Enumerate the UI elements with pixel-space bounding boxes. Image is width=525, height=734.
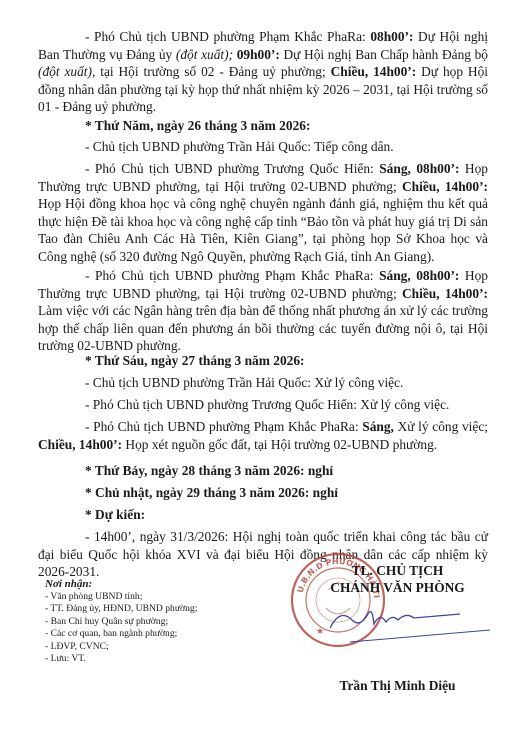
text: - Phó Chủ tịch UBND phường Phạm Khắc Pha… — [85, 268, 379, 283]
text: - Phó Chủ tịch UBND phường Phạm Khắc Pha… — [85, 419, 362, 434]
paragraph-chairman-fri: - Chủ tịch UBND phường Trần Hải Quốc: Xử… — [38, 374, 488, 392]
signature-title-line2: CHÁNH VĂN PHÒNG — [305, 579, 490, 596]
signature-block: TL. CHỦ TỊCH CHÁNH VĂN PHÒNG — [305, 562, 490, 596]
text: Làm việc với các Ngân hàng trên địa bàn … — [38, 303, 488, 353]
heading-planned: * Dự kiến: — [85, 506, 525, 524]
text: - Phó Chủ tịch UBND phường Phạm Khắc Pha… — [85, 29, 370, 44]
day-heading-sunday: * Chủ nhật, ngày 29 tháng 3 năm 2026: ng… — [85, 484, 525, 502]
time-label: Chiều, 14h00’: — [331, 64, 417, 79]
recipient-item: - Ban Chỉ huy Quân sự phường; — [45, 616, 235, 628]
paragraph-pharra-wed: - Phó Chủ tịch UBND phường Phạm Khắc Pha… — [38, 28, 488, 116]
paragraph-hien-thu: - Phó Chủ tịch UBND phường Trương Quốc H… — [38, 160, 488, 266]
recipient-item: - Các cơ quan, ban ngành phường; — [45, 628, 235, 640]
time-label: Sáng, — [362, 419, 394, 434]
time-label: 09h00’: — [237, 47, 280, 62]
text: Họp Hội đồng khoa học và công nghệ chuyê… — [38, 196, 488, 264]
paragraph-pharra-fri: - Phó Chủ tịch UBND phường Phạm Khắc Pha… — [38, 418, 488, 453]
handwritten-signature-icon — [330, 598, 500, 648]
note: (đột xuất) — [38, 64, 92, 79]
time-label: Chiều, 14h00’: — [402, 286, 488, 301]
text: - Phó Chủ tịch UBND phường Trương Quốc H… — [85, 161, 379, 176]
time-label: 08h00’: — [370, 29, 413, 44]
day-heading-friday: * Thứ Sáu, ngày 27 tháng 3 năm 2026: — [85, 352, 525, 370]
text: , tại Hội trường số 02 - Đảng uỷ phường; — [92, 64, 331, 79]
recipients-title: Nơi nhận: — [45, 578, 235, 591]
day-heading-saturday: * Thứ Bảy, ngày 28 tháng 3 năm 2026: ngh… — [85, 462, 525, 480]
recipients-block: Nơi nhận: - Văn phòng UBND tỉnh; - TT. Đ… — [45, 578, 235, 665]
time-label: Sáng, 08h00’: — [379, 268, 459, 283]
time-label: Sáng, 08h00’: — [379, 161, 459, 176]
time-label: Chiều, 14h00’: — [402, 179, 488, 194]
recipient-item: - Văn phòng UBND tỉnh; — [45, 591, 235, 603]
note: (đột xuất); — [176, 47, 233, 62]
text: Họp xét nguồn gốc đất, tại Hội trường 02… — [122, 437, 437, 452]
document-page: - Phó Chủ tịch UBND phường Phạm Khắc Pha… — [0, 0, 525, 734]
recipient-item: - LĐVP, CVNC; — [45, 641, 235, 653]
recipient-item: - TT. Đảng ủy, HĐND, UBND phường; — [45, 603, 235, 615]
time-label: Chiều, 14h00’: — [38, 437, 122, 452]
recipient-item: - Lưu: VT. — [45, 653, 235, 665]
text: Dự Hội nghị Ban Chấp hành Đảng bộ — [280, 47, 488, 62]
signer-name: Trần Thị Minh Diệu — [305, 678, 490, 694]
day-heading-thursday: * Thứ Năm, ngày 26 tháng 3 năm 2026: — [85, 117, 525, 135]
paragraph-chairman-thu: - Chủ tịch UBND phường Trần Hải Quốc: Ti… — [38, 138, 488, 156]
text: Xử lý công việc; — [394, 419, 488, 434]
signature-title-line1: TL. CHỦ TỊCH — [305, 562, 490, 579]
svg-text:★: ★ — [316, 626, 324, 636]
paragraph-hien-fri: - Phó Chủ tịch UBND phường Trương Quốc H… — [38, 396, 488, 414]
paragraph-pharra-thu: - Phó Chủ tịch UBND phường Phạm Khắc Pha… — [38, 267, 488, 355]
